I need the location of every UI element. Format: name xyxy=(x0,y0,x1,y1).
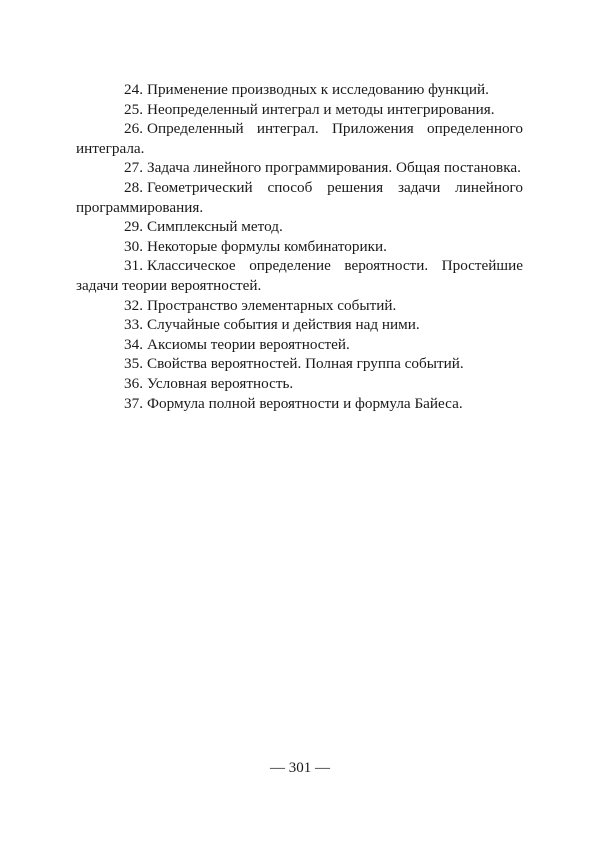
list-item: 28.Геометрический способ решения задачи … xyxy=(76,178,523,217)
page-number: — 301 — xyxy=(0,759,600,777)
item-number: 28. xyxy=(100,178,143,198)
item-text: Условная вероятность. xyxy=(147,375,293,392)
list-item: 30.Некоторые формулы комбинаторики. xyxy=(76,237,523,257)
list-item: 32.Пространство элементарных событий. xyxy=(76,296,523,316)
item-number: 36. xyxy=(100,374,143,394)
item-text: Применение производных к исследованию фу… xyxy=(147,81,489,98)
item-number: 29. xyxy=(100,217,143,237)
item-number: 24. xyxy=(100,80,143,100)
item-text: Определенный интеграл. Приложения опреде… xyxy=(76,120,523,157)
list-item: 31.Классическое определение вероятности.… xyxy=(76,256,523,295)
item-text: Случайные события и действия над ними. xyxy=(147,316,420,333)
item-text: Формула полной вероятности и формула Бай… xyxy=(147,395,463,412)
item-text: Симплексный метод. xyxy=(147,218,283,235)
item-number: 34. xyxy=(100,335,143,355)
item-number: 27. xyxy=(100,158,143,178)
item-text: Классическое определение вероятности. Пр… xyxy=(76,257,523,294)
list-item: 27.Задача линейного программирования. Об… xyxy=(76,158,523,178)
item-text: Задача линейного программирования. Общая… xyxy=(147,159,521,176)
item-number: 37. xyxy=(100,394,143,414)
list-item: 25.Неопределенный интеграл и методы инте… xyxy=(76,100,523,120)
list-item: 33.Случайные события и действия над ними… xyxy=(76,315,523,335)
item-number: 26. xyxy=(100,119,143,139)
list-item: 34.Аксиомы теории вероятностей. xyxy=(76,335,523,355)
item-text: Некоторые формулы комбинаторики. xyxy=(147,238,387,255)
item-text: Аксиомы теории вероятностей. xyxy=(147,336,350,353)
item-text: Неопределенный интеграл и методы интегри… xyxy=(147,101,495,118)
item-text: Геометрический способ решения задачи лин… xyxy=(76,179,523,216)
list-item: 35.Свойства вероятностей. Полная группа … xyxy=(76,354,523,374)
list-item: 37.Формула полной вероятности и формула … xyxy=(76,394,523,414)
item-number: 33. xyxy=(100,315,143,335)
list-item: 26.Определенный интеграл. Приложения опр… xyxy=(76,119,523,158)
item-number: 32. xyxy=(100,296,143,316)
list-item: 29.Симплексный метод. xyxy=(76,217,523,237)
question-list: 24.Применение производных к исследованию… xyxy=(76,80,523,413)
item-number: 31. xyxy=(100,256,143,276)
list-item: 36.Условная вероятность. xyxy=(76,374,523,394)
item-text: Пространство элементарных событий. xyxy=(147,297,396,314)
document-page: 24.Применение производных к исследованию… xyxy=(0,0,600,849)
item-number: 35. xyxy=(100,354,143,374)
item-text: Свойства вероятностей. Полная группа соб… xyxy=(147,355,464,372)
list-item: 24.Применение производных к исследованию… xyxy=(76,80,523,100)
item-number: 30. xyxy=(100,237,143,257)
item-number: 25. xyxy=(100,100,143,120)
